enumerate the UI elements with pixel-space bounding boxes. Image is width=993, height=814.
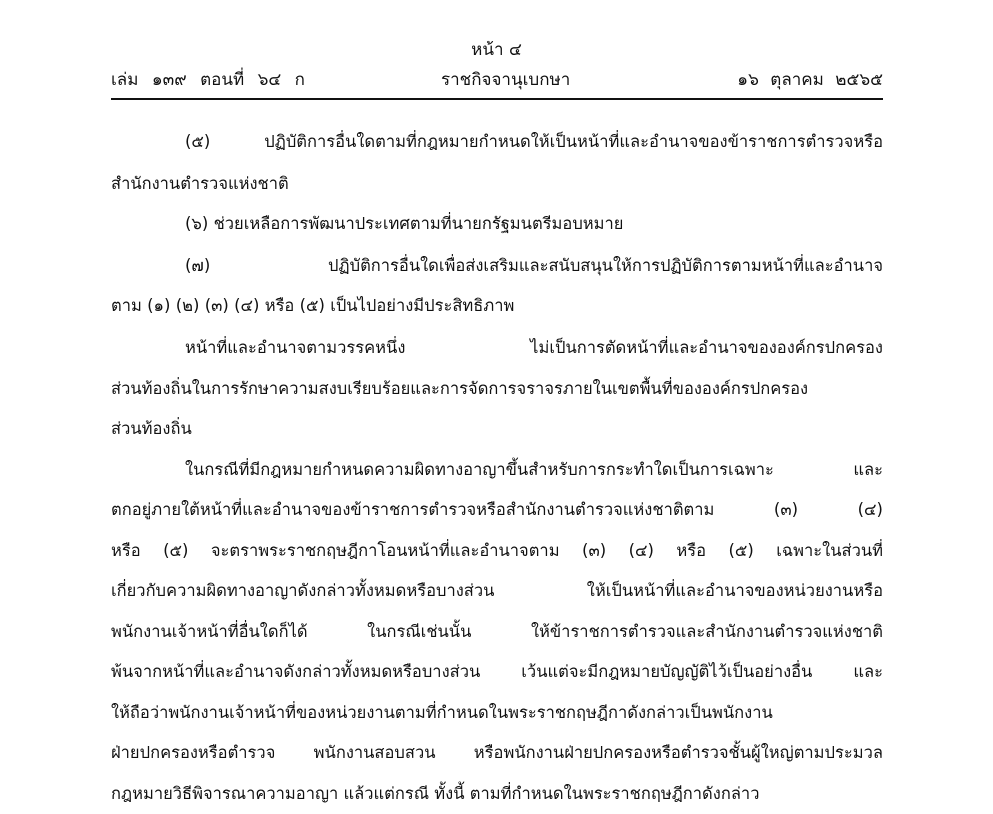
text-line: หรือ (๕) จะตราพระราชกฤษฎีกาโอนหน้าที่และ… — [111, 539, 883, 563]
page-number: หน้า ๔ — [0, 36, 993, 63]
gazette-header: เล่ม ๑๓๙ ตอนที่ ๖๔ ก ราชกิจจานุเบกษา ๑๖ … — [111, 66, 883, 92]
gazette-page: หน้า ๔ เล่ม ๑๓๙ ตอนที่ ๖๔ ก ราชกิจจานุเบ… — [0, 0, 993, 814]
text-line: ตาม (๑) (๒) (๓) (๔) หรือ (๕) เป็นไปอย่าง… — [111, 294, 883, 318]
text-line: (๕) ปฏิบัติการอื่นใดตามที่กฎหมายกำหนดให้… — [185, 130, 883, 154]
text-line: สำนักงานตำรวจแห่งชาติ — [111, 172, 883, 196]
header-divider — [111, 98, 883, 100]
text-line: หน้าที่และอำนาจตามวรรคหนึ่ง ไม่เป็นการตั… — [185, 336, 883, 360]
volume-issue: เล่ม ๑๓๙ ตอนที่ ๖๔ ก — [111, 66, 305, 93]
text-line: เกี่ยวกับความผิดทางอาญาดังกล่าวทั้งหมดหร… — [111, 579, 883, 603]
publication-date: ๑๖ ตุลาคม ๒๕๖๕ — [737, 66, 883, 93]
text-line: พ้นจากหน้าที่และอำนาจดังกล่าวทั้งหมดหรือ… — [111, 660, 883, 684]
text-line: ส่วนท้องถิ่น — [111, 417, 883, 441]
text-line: (๖) ช่วยเหลือการพัฒนาประเทศตามที่นายกรัฐ… — [185, 212, 883, 236]
text-line: ส่วนท้องถิ่นในการรักษาความสงบเรียบร้อยแล… — [111, 377, 883, 401]
text-line: พนักงานเจ้าหน้าที่อื่นใดก็ได้ ในกรณีเช่น… — [111, 620, 883, 644]
text-line: กฎหมายวิธีพิจารณาความอาญา แล้วแต่กรณี ทั… — [111, 782, 883, 806]
text-line: ฝ่ายปกครองหรือตำรวจ พนักงานสอบสวน หรือพน… — [111, 741, 883, 765]
text-line: ให้ถือว่าพนักงานเจ้าหน้าที่ของหน่วยงานตา… — [111, 701, 883, 725]
text-line: ตกอยู่ภายใต้หน้าที่และอำนาจของข้าราชการต… — [111, 498, 883, 522]
gazette-title: ราชกิจจานุเบกษา — [441, 66, 570, 93]
text-line: (๗) ปฏิบัติการอื่นใดเพื่อส่งเสริมและสนับ… — [185, 254, 883, 278]
text-line: ในกรณีที่มีกฎหมายกำหนดความผิดทางอาญาขึ้น… — [185, 458, 883, 482]
